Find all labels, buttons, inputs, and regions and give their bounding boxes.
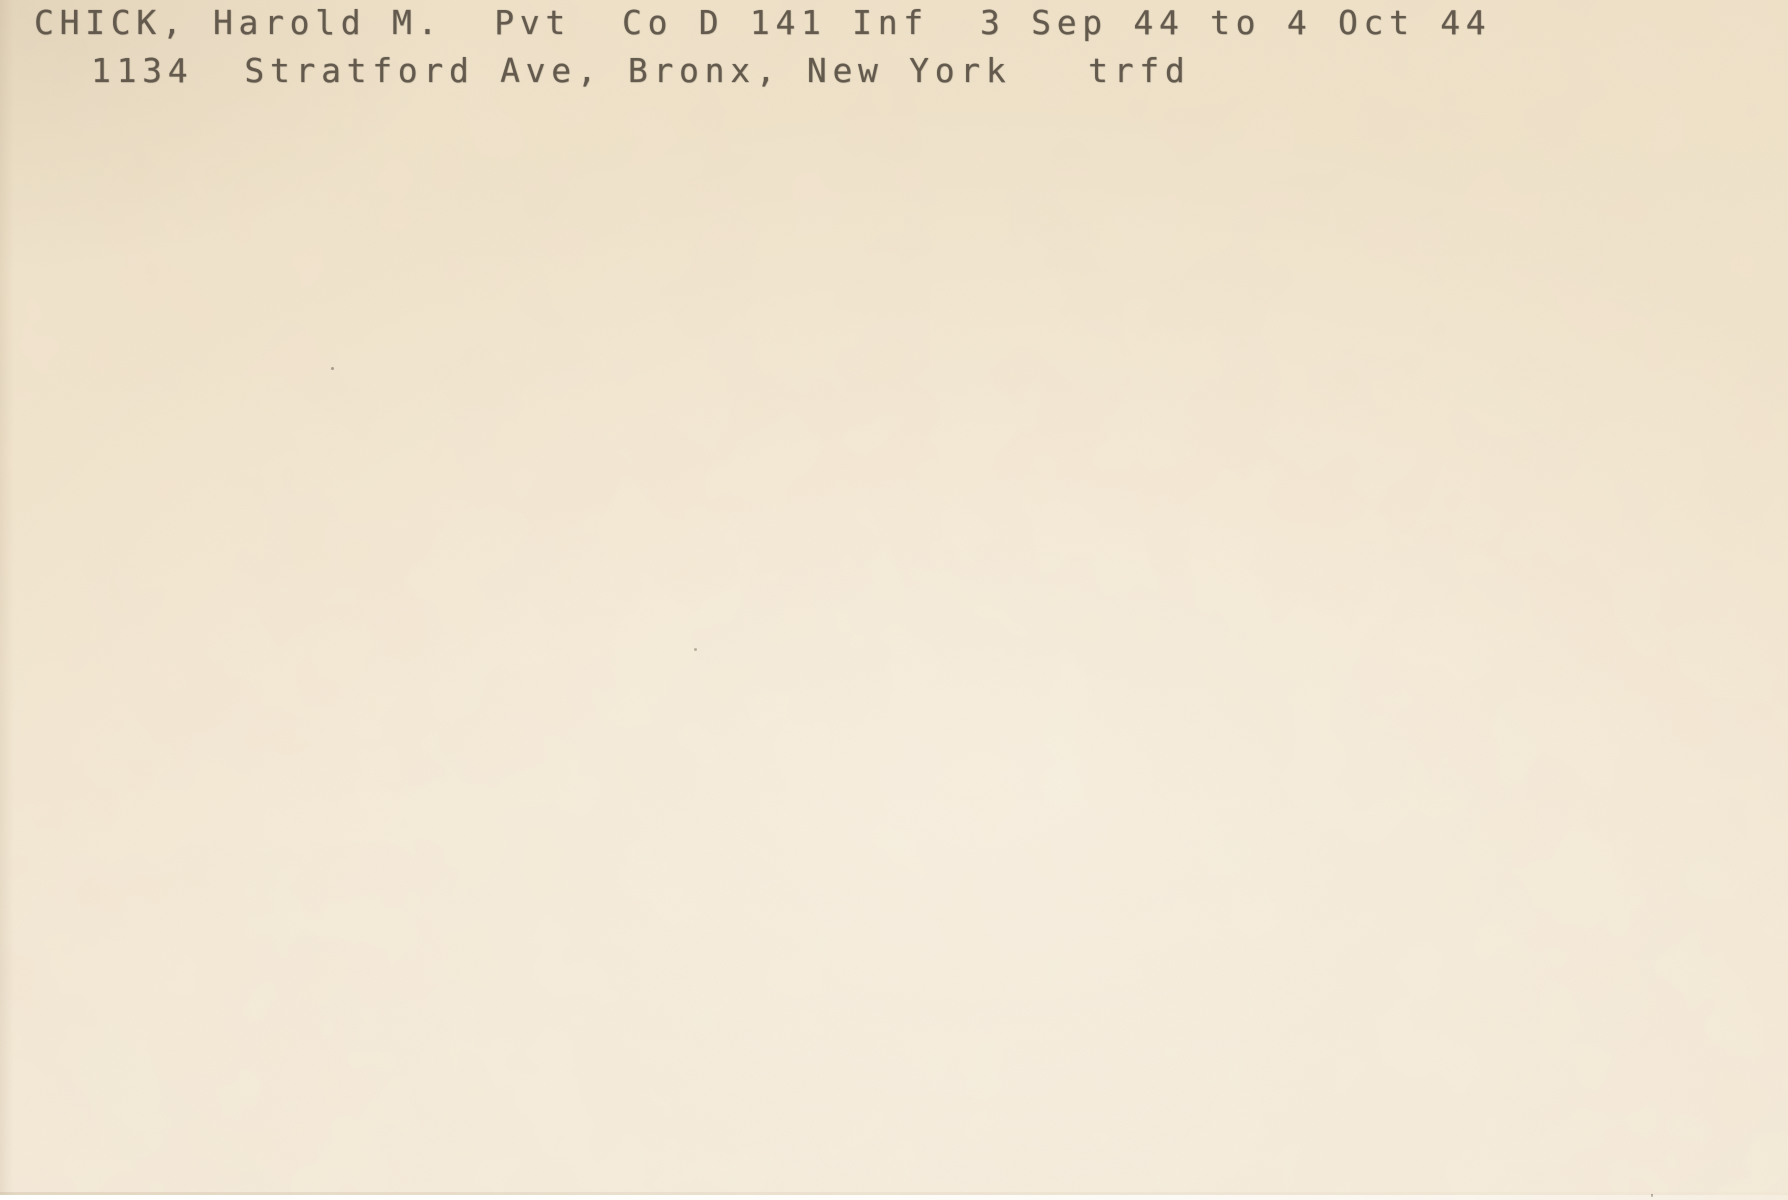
index-card-scan: CHICK, Harold M. Pvt Co D 141 Inf 3 Sep … (0, 0, 1788, 1200)
paper-speck (331, 367, 334, 370)
paper-texture (0, 0, 1788, 1200)
card-text-line-2: 1134 Stratford Ave, Bronx, New York trfd (91, 52, 1190, 90)
paper-speck (1651, 1194, 1653, 1197)
card-text-line-1: CHICK, Harold M. Pvt Co D 141 Inf 3 Sep … (34, 4, 1491, 42)
paper-speck (694, 648, 697, 651)
card-bottom-edge-shadow (0, 1192, 1788, 1195)
scan-edge-strip (0, 1195, 1788, 1200)
